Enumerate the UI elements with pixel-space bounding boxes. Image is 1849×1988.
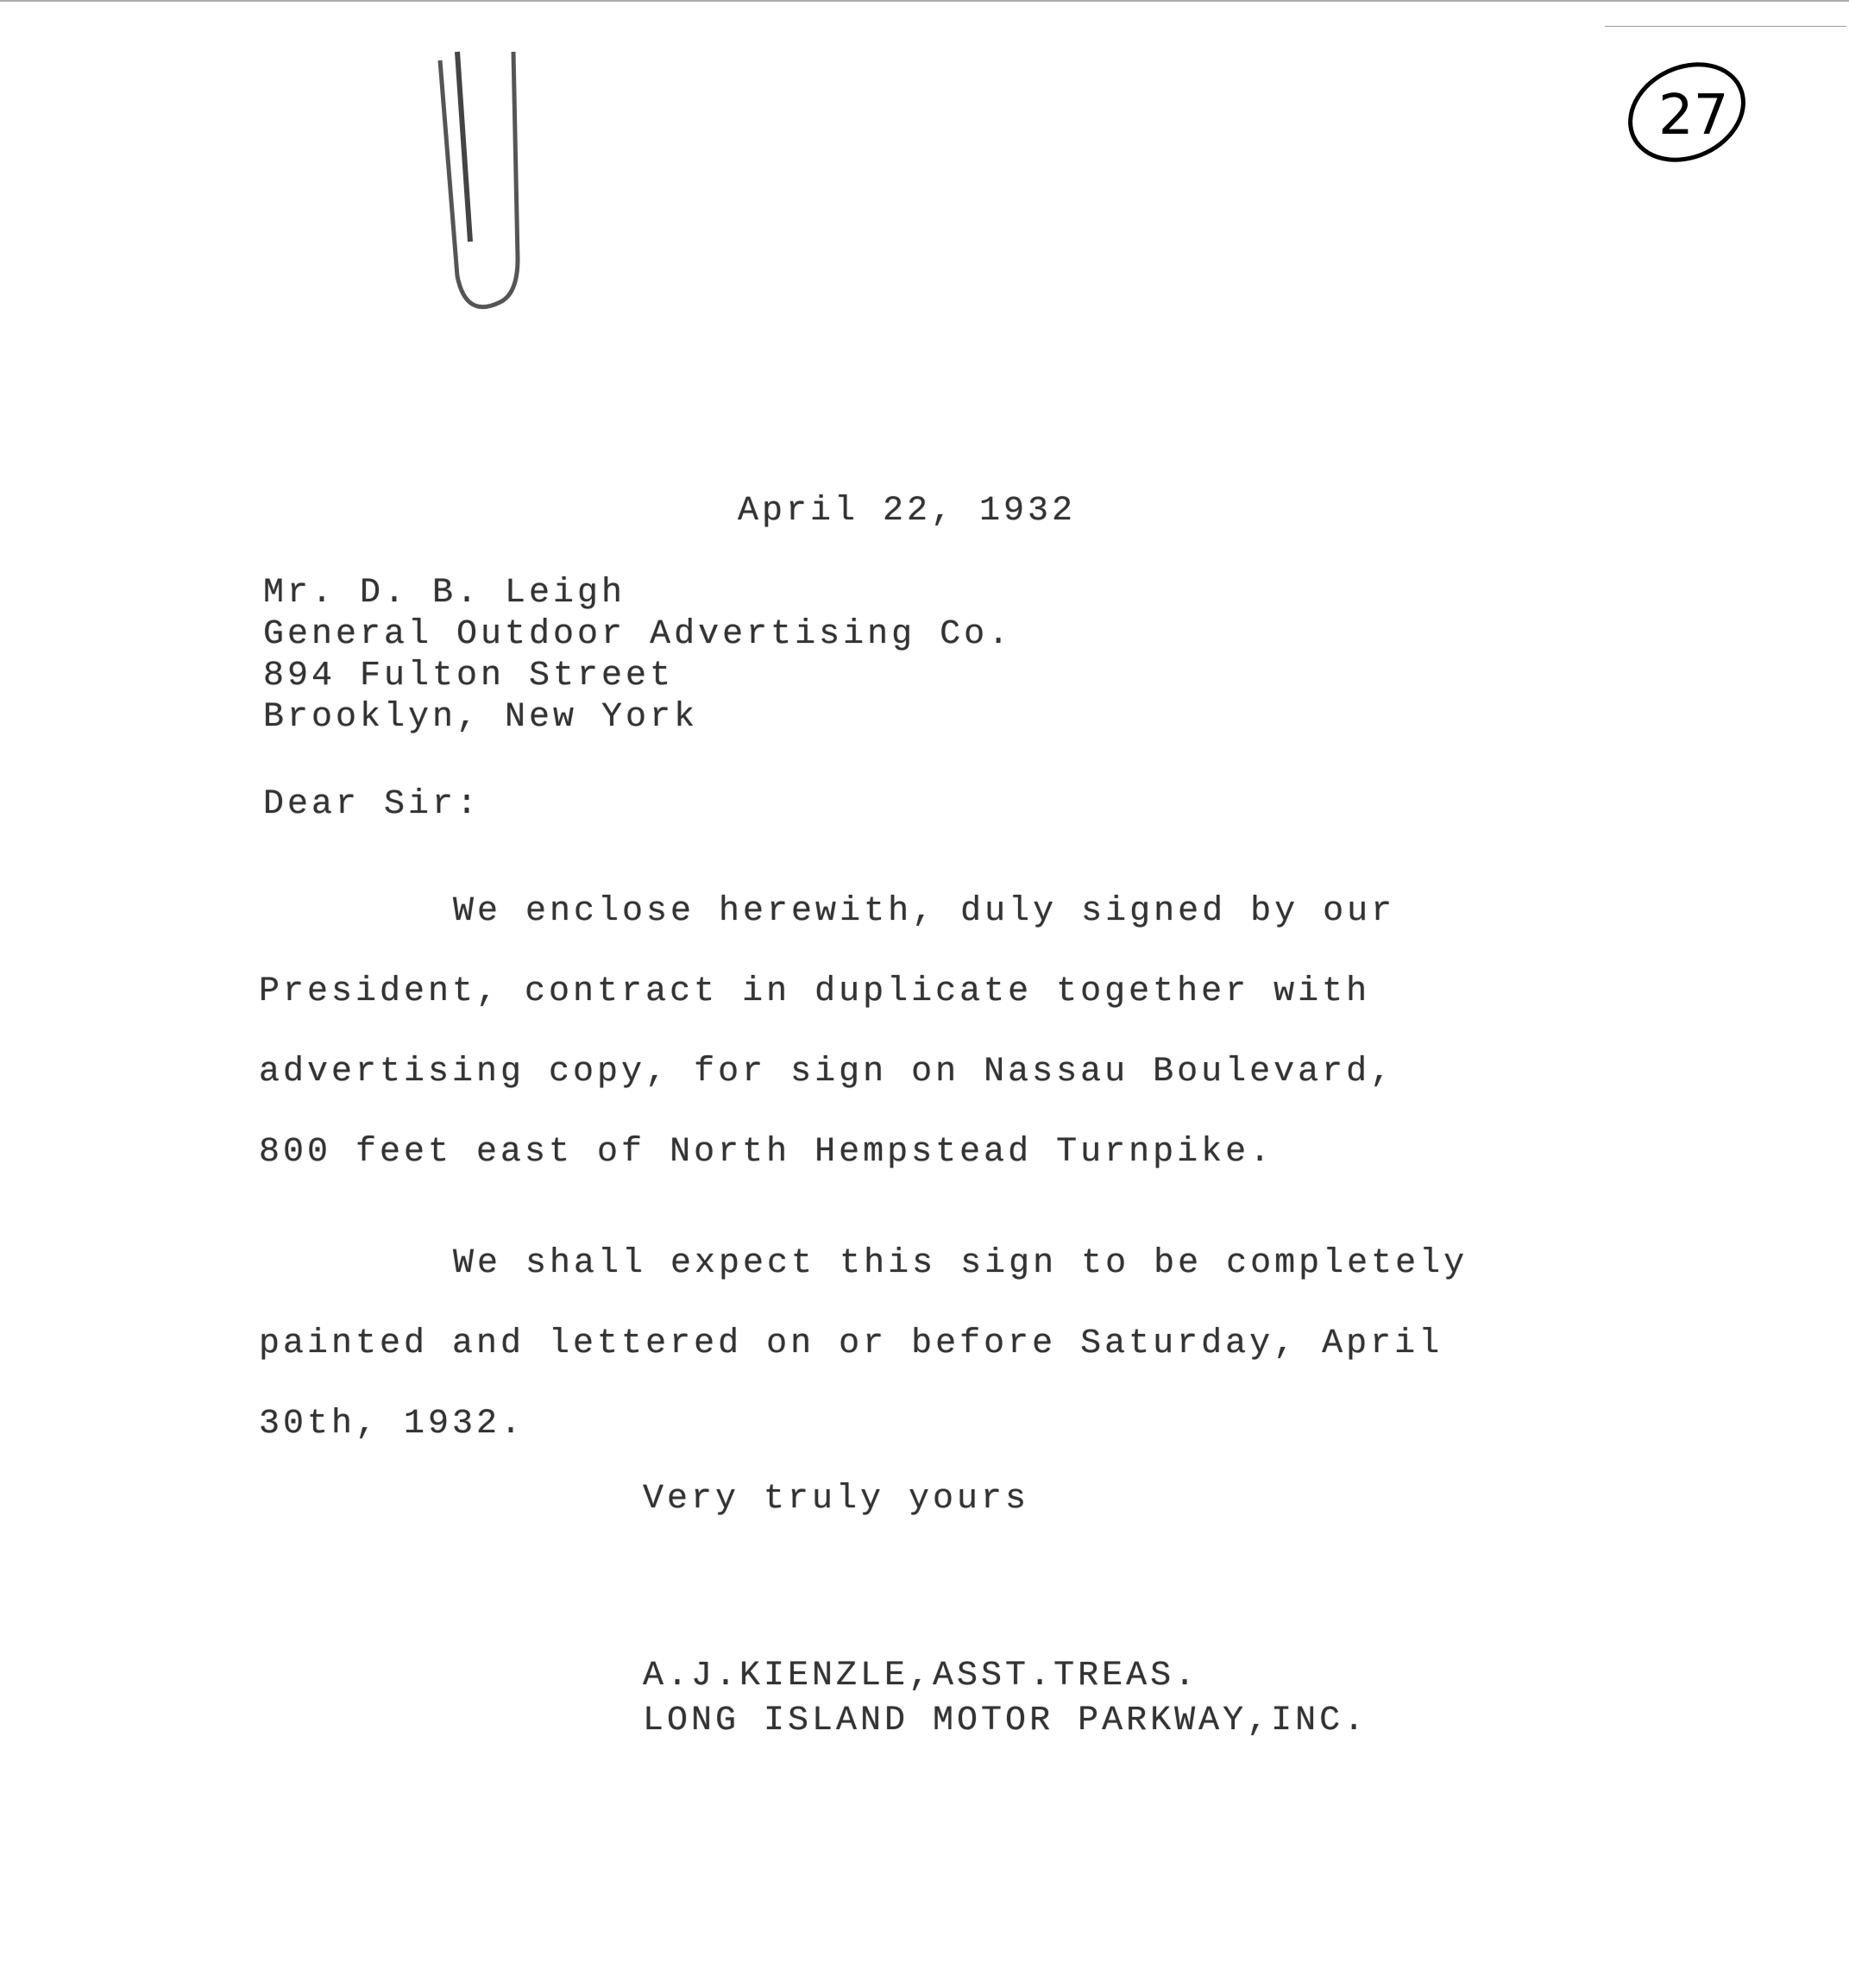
scan-edge-line [1605,26,1846,27]
body-line: 30th, 1932. [259,1384,525,1464]
recipient-street: 894 Fulton Street [263,657,674,695]
body-line: We enclose herewith, duly signed by our [259,871,1395,952]
signature-name: A.J.KIENZLE,ASST.TREAS. [643,1657,1198,1695]
body-line: 800 feet east of North Hempstead Turnpik… [259,1112,1274,1192]
paperclip-icon [431,17,535,319]
body-line: painted and lettered on or before Saturd… [259,1304,1443,1384]
svg-text:27: 27 [1658,84,1728,148]
recipient-city: Brooklyn, New York [263,698,698,737]
letter-date: April 22, 1932 [738,492,1076,531]
letter-page: 27 April 22, 1932 Mr. D. B. Leigh Genera… [0,0,1849,1988]
recipient-company: General Outdoor Advertising Co. [263,615,1012,654]
signature-company: LONG ISLAND MOTOR PARKWAY,INC. [643,1702,1368,1740]
salutation: Dear Sir: [263,785,481,824]
body-line: President, contract in duplicate togethe… [259,952,1370,1032]
page-number-circle: 27 [1622,47,1752,177]
body-line: We shall expect this sign to be complete… [259,1224,1468,1304]
body-line: advertising copy, for sign on Nassau Bou… [259,1032,1394,1112]
recipient-name: Mr. D. B. Leigh [263,574,626,613]
closing: Very truly yours [643,1480,1029,1519]
scan-edge-line [0,0,1849,2]
